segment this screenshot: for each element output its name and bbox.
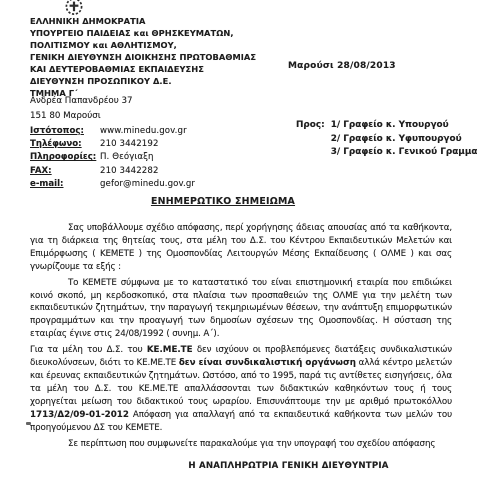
- letterhead-line: ΔΙΕΥΘΥΝΣΗ ΠΡΟΣΩΠΙΚΟΥ Δ.Ε.: [30, 75, 256, 87]
- date-line: Μαρούσι 28/08/2013: [288, 61, 396, 71]
- letterhead-block: ΕΛΛΗΝΙΚΗ ΔΗΜΟΚΡΑΤΙΑ ΥΠΟΥΡΓΕΙΟ ΠΑΙΔΕΙΑΣ κ…: [30, 15, 256, 99]
- postal-address: 151 80 Μαρούσι: [30, 111, 101, 121]
- body-paragraph-2: Το ΚΕΜΕΤΕ σύμφωνα με το καταστατικό του …: [30, 277, 452, 342]
- not-union-bold-text: δεν είναι συνδικαλιστική οργάνωση: [179, 358, 356, 368]
- recipient-item: 3/ Γραφείο κ. Γενικού Γραμματέα: [331, 146, 477, 160]
- memo-body: Σας υποβάλλουμε σχέδιο απόφασης, περί χο…: [30, 222, 452, 453]
- website-value: www.minedu.gov.gr: [100, 125, 187, 138]
- email-value: gefor@minedu.gov.gr: [100, 178, 195, 191]
- contact-row-email: e-mail: gefor@minedu.gov.gr: [30, 178, 195, 191]
- scan-smudge: [26, 422, 31, 425]
- recipient-item: 1/ Γραφείο κ. Υπουργού: [331, 119, 477, 133]
- recipients-label: Προς:: [296, 119, 325, 160]
- info-person-value: Π. Θεόγιαξη: [100, 151, 154, 164]
- body-paragraph-1: Σας υποβάλλουμε σχέδιο απόφασης, περί χο…: [30, 222, 452, 274]
- scanned-memo-page: ΕΛΛΗΝΙΚΗ ΔΗΜΟΚΡΑΤΙΑ ΥΠΟΥΡΓΕΙΟ ΠΑΙΔΕΙΑΣ κ…: [0, 0, 477, 477]
- fax-value: 210 3442282: [100, 165, 159, 178]
- letterhead-line: ΥΠΟΥΡΓΕΙΟ ΠΑΙΔΕΙΑΣ και ΘΡΗΣΚΕΥΜΑΤΩΝ,: [30, 27, 256, 39]
- contact-label: FAX:: [30, 165, 100, 178]
- phone-value: 210 3442192: [100, 138, 159, 151]
- contact-label: Πληροφορίες:: [30, 151, 100, 164]
- contact-row-info: Πληροφορίες: Π. Θεόγιαξη: [30, 151, 195, 164]
- street-address: Ανδρέα Παπανδρέου 37: [30, 96, 133, 106]
- recipients-block: Προς: 1/ Γραφείο κ. Υπουργού 2/ Γραφείο …: [296, 119, 477, 160]
- memo-title: ΕΝΗΜΕΡΩΤΙΚΟ ΣΗΜΕΙΩΜΑ: [0, 196, 446, 207]
- recipient-item: 2/ Γραφείο κ. Υφυπουργού: [331, 133, 477, 147]
- contact-block: Ιστότοπος: www.minedu.gov.gr Τηλέφωνο: 2…: [30, 125, 195, 191]
- contact-row-phone: Τηλέφωνο: 210 3442192: [30, 138, 195, 151]
- body-paragraph-4: Σε περίπτωση που συμφωνείτε παρακαλούμε …: [30, 438, 452, 451]
- letterhead-line: ΕΛΛΗΝΙΚΗ ΔΗΜΟΚΡΑΤΙΑ: [30, 15, 256, 27]
- contact-label: Ιστότοπος:: [30, 125, 100, 138]
- contact-row-fax: FAX: 210 3442282: [30, 165, 195, 178]
- kemete-bold-text: ΚΕ.ΜΕ.ΤΕ: [147, 345, 193, 355]
- protocol-number-text: 1713/Δ2/09-01-2012: [30, 410, 129, 420]
- paragraph-3-text: Για τα μέλη του Δ.Σ. του: [30, 345, 147, 355]
- letterhead-line: ΚΑΙ ΔΕΥΤΕΡΟΒΑΘΜΙΑΣ ΕΚΠΑΙΔΕΥΣΗΣ: [30, 63, 256, 75]
- contact-row-website: Ιστότοπος: www.minedu.gov.gr: [30, 125, 195, 138]
- contact-label: Τηλέφωνο:: [30, 138, 100, 151]
- signature-title-line: Η ΑΝΑΠΛΗΡΩΤΡΙΑ ΓΕΝΙΚΗ ΔΙΕΥΘΥΝΤΡΙΑ: [100, 461, 477, 471]
- contact-label: e-mail:: [30, 178, 100, 191]
- letterhead-line: ΓΕΝΙΚΗ ΔΙΕΥΘΥΝΣΗ ΔΙΟΙΚΗΣΗΣ ΠΡΩΤΟΒΑΘΜΙΑΣ: [30, 51, 256, 63]
- letterhead-line: ΠΟΛΙΤΙΣΜΟΥ και ΑΘΛΗΤΙΣΜΟΥ,: [30, 39, 256, 51]
- body-paragraph-3: Για τα μέλη του Δ.Σ. του ΚΕ.ΜΕ.ΤΕ δεν ισ…: [30, 344, 452, 434]
